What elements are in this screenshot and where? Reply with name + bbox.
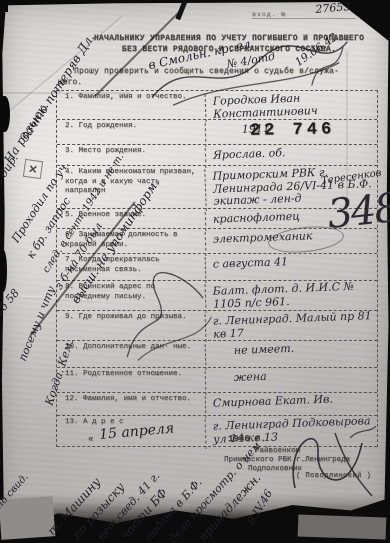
date-open-quote: « xyxy=(88,434,93,444)
form-row-relative-name: 12. Фамилия, имя и отчество. Смирнова Ек… xyxy=(57,393,377,416)
field-label: 4. Каким военкоматом призван, когда и в … xyxy=(57,166,205,208)
registration-stamp-number: 22 746 xyxy=(250,120,336,140)
field-label-text: Фамилия, имя и отчество. xyxy=(83,395,191,403)
field-value: не имеет. xyxy=(205,338,378,370)
form-row-birth-place: 3. Место рождения. Ярослав. об. xyxy=(57,145,377,166)
field-label-text: Родственное отношение. xyxy=(83,370,182,378)
signature-scribble xyxy=(103,256,228,369)
field-number: 12. xyxy=(65,395,79,403)
field-number: 3. xyxy=(65,147,74,155)
field-label-text: Место рождения. xyxy=(79,147,147,155)
handwritten-big-number: 348 xyxy=(325,185,390,238)
seal-mark-icon: ✕ xyxy=(23,159,43,179)
date-year: 1946 г. xyxy=(228,434,266,444)
field-label: 2. Год рождения. xyxy=(57,120,205,144)
field-number: 9. xyxy=(65,313,74,321)
scan-tear-artifact xyxy=(0,0,8,12)
field-number: 2. xyxy=(65,122,74,130)
scan-tear-artifact xyxy=(0,96,10,132)
field-label-text: Каким военкоматом призван, когда и в как… xyxy=(65,168,196,195)
form-row-relation: 11. Родственное отношение. жена xyxy=(57,368,377,393)
field-label: 11. Родственное отношение. xyxy=(57,368,205,392)
field-label-text: Год рождения. xyxy=(79,122,138,130)
field-label: 12. Фамилия, имя и отчество. xyxy=(57,393,205,415)
field-number: 1. xyxy=(65,93,74,101)
field-number: 13. xyxy=(65,418,79,426)
field-number: 11. xyxy=(65,370,79,378)
field-label: 3. Место рождения. xyxy=(57,145,205,165)
field-value: г. Ленинград. Малый пр 81 кв 17 xyxy=(205,308,378,342)
paper-scrap xyxy=(298,514,387,539)
signature-official xyxy=(280,418,380,503)
scan-tear-artifact xyxy=(0,250,7,292)
scanned-document: НАЧАЛЬНИКУ УПРАВЛЕНИЯ ПО УЧЕТУ ПОГИБШЕГО… xyxy=(0,0,390,543)
